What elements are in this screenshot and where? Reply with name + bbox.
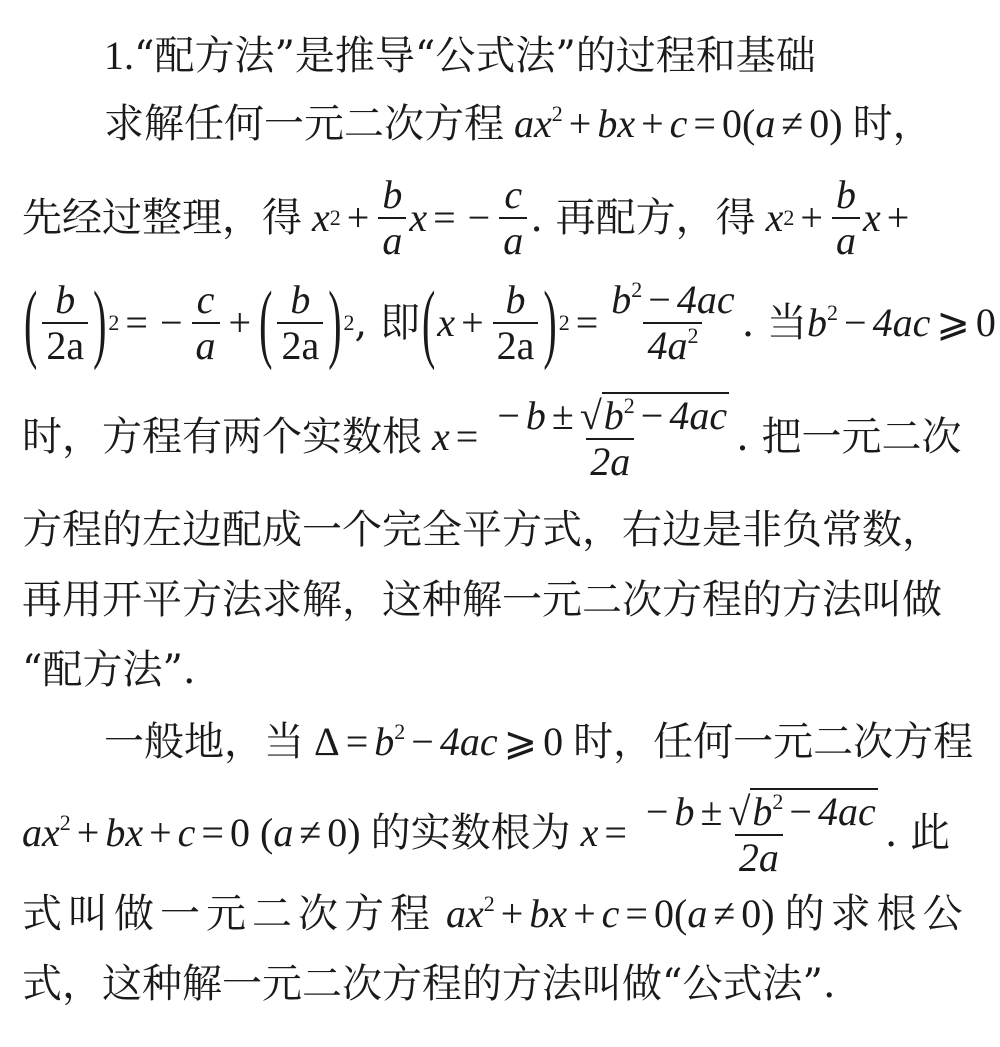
para1-line6: 再用开平方法求解，这种解一元二次方程的方法叫做	[22, 576, 986, 624]
para2-line3: 式叫做一元二次方程 ax2+bx+c=0(a≠0) 的求根公	[22, 890, 986, 938]
text: . 当	[742, 299, 807, 347]
equation-standard-form-2: ax2+bx+c=0 (a≠0)	[22, 809, 361, 857]
text: 一般地，当	[104, 718, 304, 766]
text: . 把一元二次	[736, 413, 961, 461]
sqrt-icon: √b2−4ac	[728, 788, 877, 832]
equation-perfect-square: (x+b2a)2 = b2−4ac4a2	[420, 280, 742, 366]
heading-number: 1.	[104, 32, 134, 80]
para1-line4: 时，方程有两个实数根 x= −b±√b2−4ac2a . 把一元二次	[22, 392, 986, 482]
equation-standard-form: ax2+bx+c=0(a≠0)	[514, 100, 843, 148]
text: 式叫做一元二次方程	[22, 890, 436, 938]
para2-line1: 一般地，当 Δ=b2−4ac⩾0 时，任何一元二次方程	[104, 718, 986, 766]
para1-line5: 方程的左边配成一个完全平方式，右边是非负常数，	[22, 506, 986, 554]
para1-line1: 求解任何一元二次方程 ax2+bx+c=0(a≠0) 时，	[104, 100, 986, 148]
para2-line2: ax2+bx+c=0 (a≠0) 的实数根为 x= −b±√b2−4ac2a .…	[22, 788, 986, 878]
text: 先经过整理，得	[22, 194, 302, 242]
para1-line2: 先经过整理，得 x2+ ba x=− ca . 再配方，得 x2+ ba x+	[22, 178, 986, 258]
sqrt-icon: √b2−4ac	[580, 392, 729, 436]
equation-delta: Δ=b2−4ac⩾0	[314, 718, 563, 766]
equation-quadratic-formula-2: x= −b±√b2−4ac2a	[581, 788, 885, 878]
equation-rearranged: x2+ ba x=− ca	[312, 175, 530, 261]
text: 的实数根为	[371, 809, 571, 857]
equation-discriminant-condition: b2−4ac⩾0	[807, 299, 996, 347]
text: 时，方程有两个实数根	[22, 413, 422, 461]
para2-line4: 式，这种解一元二次方程的方法叫做“公式法”.	[22, 960, 986, 1008]
text: 的求根公	[785, 890, 969, 938]
text: 时，	[853, 100, 933, 148]
para1-line7: “配方法”.	[22, 646, 986, 694]
text: . 再配方，得	[530, 194, 755, 242]
equation-square-both-sides: (b2a)2 =− ca + (b2a)2	[22, 280, 355, 366]
heading-text: “配方法”是推导“公式法”的过程和基础	[134, 32, 816, 80]
equation-completing-square: x2+ ba x+	[766, 175, 916, 261]
equation-quadratic-formula: x= −b±√b2−4ac2a	[432, 392, 736, 482]
text: 时，任何一元二次方程	[573, 718, 973, 766]
text: , 即	[355, 299, 420, 347]
text: . 此	[885, 809, 950, 857]
para1-line3: (b2a)2 =− ca + (b2a)2 , 即 (x+b2a)2 = b2−…	[22, 278, 986, 368]
text: 求解任何一元二次方程	[104, 100, 504, 148]
section-heading: 1. “配方法”是推导“公式法”的过程和基础	[104, 32, 986, 80]
equation-standard-form-3: ax2+bx+c=0(a≠0)	[446, 890, 775, 938]
